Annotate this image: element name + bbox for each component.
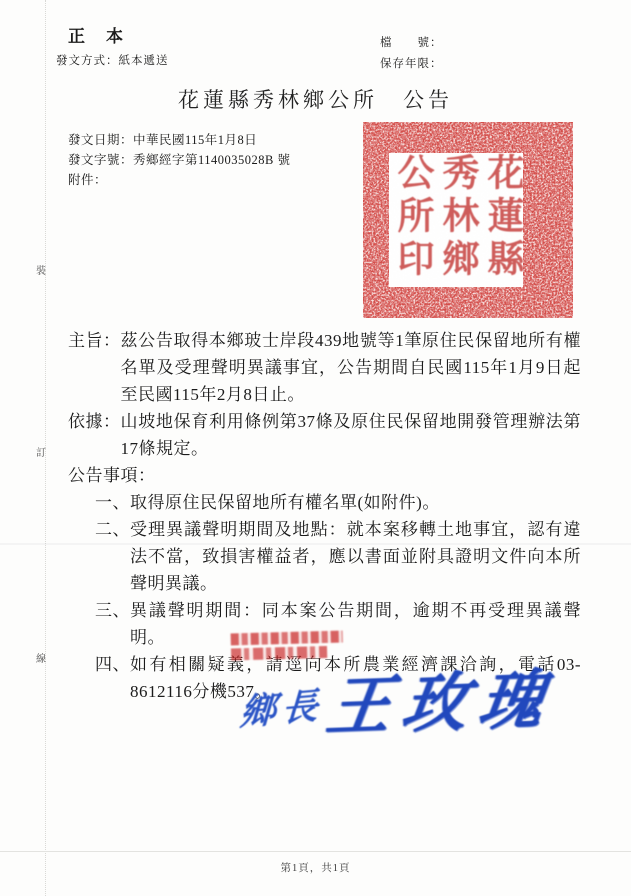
binding-mark-ding: 訂 [36, 444, 50, 459]
document-title: 花蓮縣秀林鄉公所 公告 [0, 84, 631, 114]
retention-period-label: 保存年限： [380, 55, 443, 71]
footer-divider [0, 851, 631, 852]
seal-column-right: 花蓮縣 [479, 153, 523, 287]
list-item: 二、 受理異議聲明期間及地點：就本案移轉土地事宜，認有違法不當，致損害權益者，應… [95, 516, 581, 597]
subject-paragraph: 主旨： 茲公告取得本鄉玻士岸段439地號等1筆原住民保留地所有權名單及受理聲明異… [68, 327, 581, 408]
file-number-label: 檔 號： [380, 34, 443, 50]
page-number: 第1頁，共1頁 [0, 860, 631, 875]
signature-name: 王玫瑰 [322, 648, 563, 748]
item-text: 受理異議聲明期間及地點：就本案移轉土地事宜，認有違法不當，致損害權益者，應以書面… [130, 516, 581, 597]
delivery-method-label: 發文方式：紙本遞送 [56, 52, 169, 68]
basis-paragraph: 依據： 山坡地保育利用條例第37條及原住民保留地開發管理辦法第17條規定。 [68, 408, 581, 462]
scan-artifact-line [0, 543, 631, 545]
item-text: 取得原住民保留地所有權名單(如附件)。 [130, 489, 581, 516]
doc-number: 發文字號：秀鄉經字第1140035028B 號 [68, 150, 291, 170]
seal-characters: 公所印 秀林鄉 花蓮縣 [389, 153, 523, 287]
seal-column-middle: 秀林鄉 [434, 153, 478, 287]
basis-label: 依據： [68, 408, 121, 435]
items-header: 公告事項： [68, 462, 581, 489]
seal-column-left: 公所印 [389, 153, 433, 287]
basis-text: 山坡地保育利用條例第37條及原住民保留地開發管理辦法第17條規定。 [121, 408, 582, 462]
document-page: 裝 訂 線 正 本 發文方式：紙本遞送 檔 號： 保存年限： 花蓮縣秀林鄉公所 … [0, 0, 631, 896]
list-item: 一、 取得原住民保留地所有權名單(如附件)。 [95, 489, 581, 516]
issue-date: 發文日期：中華民國115年1月8日 [68, 130, 291, 150]
signature-title: 鄉長 [239, 677, 325, 736]
official-seal-stamp: 公所印 秀林鄉 花蓮縣 [363, 122, 573, 318]
item-number: 四、 [95, 651, 130, 678]
item-number: 三、 [95, 597, 130, 624]
subject-text: 茲公告取得本鄉玻士岸段439地號等1筆原住民保留地所有權名單及受理聲明異議事宜，… [121, 327, 582, 408]
item-text: 異議聲明期間：同本案公告期間，逾期不再受理異議聲明。 [130, 597, 581, 651]
binding-mark-xian: 線 [36, 650, 50, 665]
small-red-stamp-row [231, 646, 328, 661]
small-red-stamp-row [231, 631, 343, 646]
document-meta: 發文日期：中華民國115年1月8日 發文字號：秀鄉經字第1140035028B … [68, 130, 291, 190]
attachment-label: 附件： [68, 170, 291, 190]
copy-type-label: 正 本 [68, 22, 125, 47]
subject-label: 主旨： [68, 327, 121, 354]
small-red-stamp [231, 631, 344, 668]
item-number: 一、 [95, 489, 130, 516]
binding-mark-zhuang: 裝 [36, 262, 50, 277]
item-number: 二、 [95, 516, 130, 543]
